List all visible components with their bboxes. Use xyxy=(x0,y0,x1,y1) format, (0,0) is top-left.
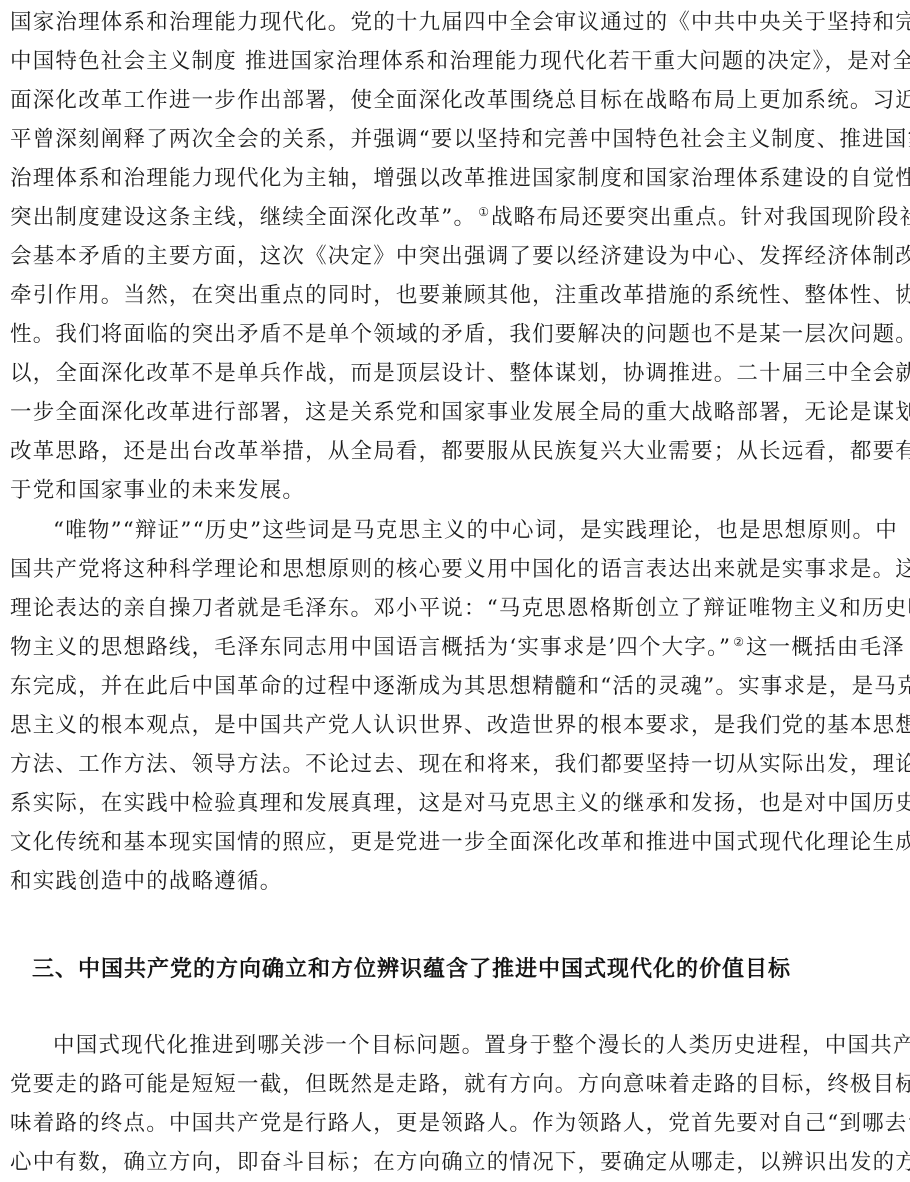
text-line: 会基本矛盾的主要方面，这次《决定》中突出强调了要以经济建设为中心、发挥经济体制改… xyxy=(10,237,878,276)
text-segment: 这一概括由毛泽 xyxy=(746,635,905,660)
text-line-with-footnote: 物主义的思想路线，毛泽东同志用中国语言概括为‘实事求是’四个大字。”②这一概括由… xyxy=(10,628,878,667)
text-line: 中国式现代化推进到哪关涉一个目标问题。置身于整个漫长的人类历史进程，中国共产 xyxy=(10,1026,878,1065)
text-line: 文化传统和基本现实国情的照应，更是党进一步全面深化改革和推进中国式现代化理论生成 xyxy=(10,823,878,862)
text-segment: 物主义的思想路线，毛泽东同志用中国语言概括为‘实事求是’四个大字。” xyxy=(10,635,731,660)
paragraph-3: 中国式现代化推进到哪关涉一个目标问题。置身于整个漫长的人类历史进程，中国共产 党… xyxy=(10,1026,878,1182)
paragraph-2: “唯物”“辩证”“历史”这些词是马克思主义的中心词，是实践理论，也是思想原则。中… xyxy=(10,511,878,901)
text-line: 国家治理体系和治理能力现代化。党的十九届四中全会审议通过的《中共中央关于坚持和完… xyxy=(10,3,878,42)
text-line: 系实际，在实践中检验真理和发展真理，这是对马克思主义的继承和发扬，也是对中国历史 xyxy=(10,784,878,823)
footnote-marker-1[interactable]: ① xyxy=(478,205,489,219)
text-line: 东完成，并在此后中国革命的过程中逐渐成为其思想精髓和“活的灵魂”。实事求是，是马… xyxy=(10,667,878,706)
text-line: 性。我们将面临的突出矛盾不是单个领域的矛盾，我们要解决的问题也不是某一层次问题。… xyxy=(10,315,878,354)
footnote-marker-2[interactable]: ② xyxy=(733,635,744,649)
text-line: 方法、工作方法、领导方法。不论过去、现在和将来，我们都要坚持一切从实际出发，理论… xyxy=(10,745,878,784)
text-line: 中国特色社会主义制度 推进国家治理体系和治理能力现代化若干重大问题的决定》，是对… xyxy=(10,42,878,81)
text-line: 理论表达的亲自操刀者就是毛泽东。邓小平说：“马克思恩格斯创立了辩证唯物主义和历史… xyxy=(10,589,878,628)
text-segment: 战略布局还要突出重点。针对我国现阶段社 xyxy=(491,205,910,230)
text-line: 思主义的根本观点，是中国共产党人认识世界、改造世界的根本要求，是我们党的基本思想 xyxy=(10,706,878,745)
text-line: 心中有数，确立方向，即奋斗目标；在方向确立的情况下，要确定从哪走，以辨识出发的方… xyxy=(10,1143,878,1182)
text-line: “唯物”“辩证”“历史”这些词是马克思主义的中心词，是实践理论，也是思想原则。中 xyxy=(10,511,878,550)
paragraph-1: 国家治理体系和治理能力现代化。党的十九届四中全会审议通过的《中共中央关于坚持和完… xyxy=(10,3,878,510)
text-line: 面深化改革工作进一步作出部署，使全面深化改革围绕总目标在战略布局上更加系统。习近 xyxy=(10,81,878,120)
text-line-with-footnote: 突出制度建设这条主线，继续全面深化改革”。①战略布局还要突出重点。针对我国现阶段… xyxy=(10,198,878,237)
text-line: 平曾深刻阐释了两次全会的关系，并强调“要以坚持和完善中国特色社会主义制度、推进国… xyxy=(10,120,878,159)
text-line: 改革思路，还是出台改革举措，从全局看，都要服从民族复兴大业需要；从长远看，都要有… xyxy=(10,432,878,471)
text-line: 一步全面深化改革进行部署，这是关系党和国家事业发展全局的重大战略部署，无论是谋划 xyxy=(10,393,878,432)
text-line: 以，全面深化改革不是单兵作战，而是顶层设计、整体谋划，协调推进。二十届三中全会就… xyxy=(10,354,878,393)
text-line: 牵引作用。当然，在突出重点的同时，也要兼顾其他，注重改革措施的系统性、整体性、协… xyxy=(10,276,878,315)
text-line: 国共产党将这种科学理论和思想原则的核心要义用中国化的语言表达出来就是实事求是。这… xyxy=(10,550,878,589)
text-line: 味着路的终点。中国共产党是行路人，更是领路人。作为领路人，党首先要对自己“到哪去… xyxy=(10,1104,878,1143)
text-line: 党要走的路可能是短短一截，但既然是走路，就有方向。方向意味着走路的目标，终极目标… xyxy=(10,1065,878,1104)
text-line: 治理体系和治理能力现代化为主轴，增强以改革推进国家制度和国家治理体系建设的自觉性… xyxy=(10,159,878,198)
text-line: 于党和国家事业的未来发展。 xyxy=(10,471,878,510)
text-line: 和实践创造中的战略遵循。 xyxy=(10,862,878,901)
text-segment: 突出制度建设这条主线，继续全面深化改革”。 xyxy=(10,205,476,230)
section-heading: 三、中国共产党的方向确立和方位辨识蕴含了推进中国式现代化的价值目标 xyxy=(32,950,882,990)
